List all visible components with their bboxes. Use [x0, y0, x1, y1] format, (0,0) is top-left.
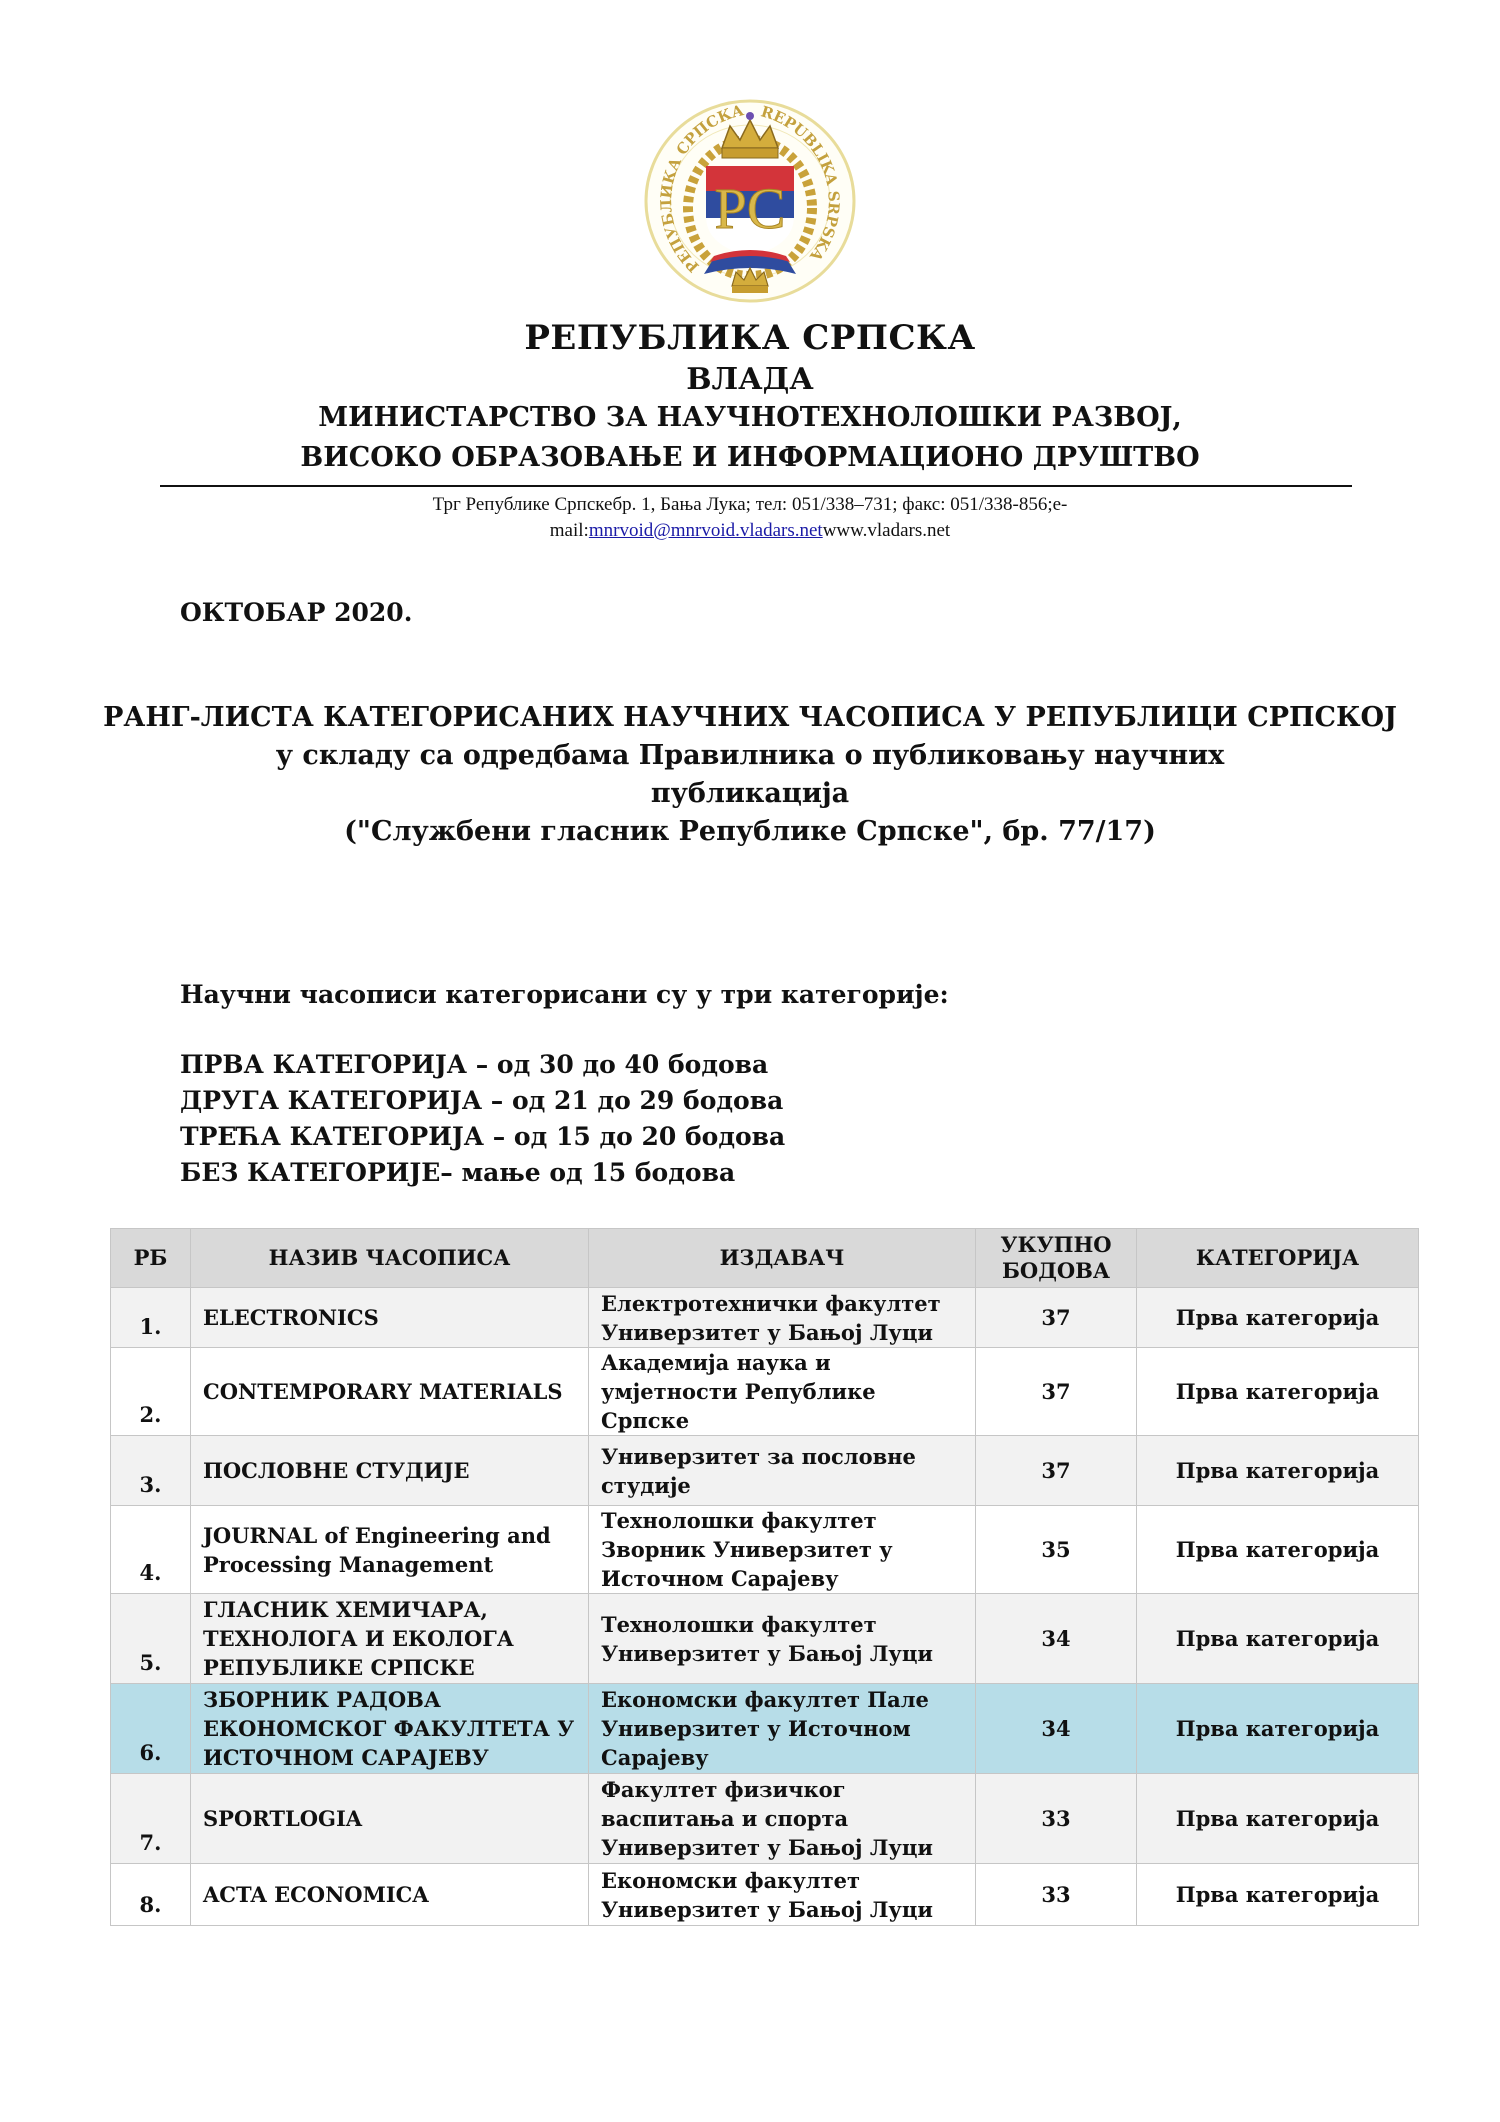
email-link[interactable]: mnrvoid@mnrvoid.vladars.net	[589, 520, 823, 541]
table-row: 6.ЗБОРНИК РАДОВА ЕКОНОМСКОГ ФАКУЛТЕТА У …	[111, 1684, 1419, 1774]
website-text: www.vladars.net	[823, 520, 951, 541]
cell-publisher: Академија наука и умјетности Републике С…	[589, 1348, 976, 1436]
cell-points: 37	[976, 1288, 1137, 1348]
cell-publisher: Факултет физичког васпитања и спорта Уни…	[589, 1774, 976, 1864]
cell-journal-name: ACTA ECONOMICA	[191, 1864, 589, 1926]
column-header-rb: РБ	[111, 1229, 191, 1288]
table-row: 8.ACTA ECONOMICAЕкономски факултет Униве…	[111, 1864, 1419, 1926]
cell-journal-name: ЗБОРНИК РАДОВА ЕКОНОМСКОГ ФАКУЛТЕТА У ИС…	[191, 1684, 589, 1774]
categories-intro: Научни часописи категорисани су у три ка…	[180, 980, 949, 1009]
cell-category: Прва категорија	[1137, 1288, 1419, 1348]
cell-journal-name: ПОСЛОВНЕ СТУДИЈЕ	[191, 1436, 589, 1506]
cell-rb: 7.	[111, 1774, 191, 1864]
cell-rb: 2.	[111, 1348, 191, 1436]
cell-journal-name: SPORTLOGIA	[191, 1774, 589, 1864]
cell-points: 37	[976, 1436, 1137, 1506]
header-divider	[160, 485, 1352, 487]
category-third: ТРЕЋА КАТЕГОРИЈА – од 15 до 20 бодова	[180, 1122, 785, 1151]
heading-government: ВЛАДА	[0, 362, 1500, 397]
column-header-publisher: ИЗДАВАЧ	[589, 1229, 976, 1288]
cell-category: Прва категорија	[1137, 1594, 1419, 1684]
column-header-category: КАТЕГОРИЈА	[1137, 1229, 1419, 1288]
table-header-row: РБ НАЗИВ ЧАСОПИСА ИЗДАВАЧ УКУПНО БОДОВА …	[111, 1229, 1419, 1288]
heading-ministry-line1: МИНИСТАРСТВО ЗА НАУЧНОТЕХНОЛОШКИ РАЗВОЈ,	[0, 402, 1500, 433]
cell-journal-name: CONTEMPORARY MATERIALS	[191, 1348, 589, 1436]
cell-publisher: Економски факултет Пале Универзитет у Ис…	[589, 1684, 976, 1774]
cell-points: 35	[976, 1506, 1137, 1594]
cell-rb: 3.	[111, 1436, 191, 1506]
cell-publisher: Технолошки факултет Универзитет у Бањој …	[589, 1594, 976, 1684]
cell-points: 33	[976, 1774, 1137, 1864]
points-header-text: УКУПНО БОДОВА	[1000, 1232, 1111, 1283]
journals-table: РБ НАЗИВ ЧАСОПИСА ИЗДАВАЧ УКУПНО БОДОВА …	[110, 1228, 1419, 1926]
cell-rb: 4.	[111, 1506, 191, 1594]
address-line: Трг Републике Српскебр. 1, Бања Лука; те…	[0, 494, 1500, 516]
column-header-name: НАЗИВ ЧАСОПИСА	[191, 1229, 589, 1288]
table-row: 5.ГЛАСНИК ХЕМИЧАРА, ТЕХНОЛОГА И ЕКОЛОГА …	[111, 1594, 1419, 1684]
table-row: 4.JOURNAL of Engineering and Processing …	[111, 1506, 1419, 1594]
cell-rb: 5.	[111, 1594, 191, 1684]
cell-points: 34	[976, 1594, 1137, 1684]
category-second: ДРУГА КАТЕГОРИЈА – од 21 до 29 бодова	[180, 1086, 783, 1115]
cell-journal-name: ГЛАСНИК ХЕМИЧАРА, ТЕХНОЛОГА И ЕКОЛОГА РЕ…	[191, 1594, 589, 1684]
table-row: 1.ELECTRONICSЕлектротехнички факултет Ун…	[111, 1288, 1419, 1348]
column-header-points: УКУПНО БОДОВА	[976, 1229, 1137, 1288]
email-prefix: mail:	[550, 520, 589, 541]
table-row: 7.SPORTLOGIAФакултет физичког васпитања …	[111, 1774, 1419, 1864]
document-subtitle-line1: у складу са одредбама Правилника о публи…	[0, 740, 1500, 771]
cell-rb: 1.	[111, 1288, 191, 1348]
cell-category: Прва категорија	[1137, 1348, 1419, 1436]
contact-line: mail:mnrvoid@mnrvoid.vladars.netwww.vlad…	[0, 520, 1500, 542]
heading-ministry-line2: ВИСОКО ОБРАЗОВАЊЕ И ИНФОРМАЦИОНО ДРУШТВО	[0, 442, 1500, 473]
cell-publisher: Економски факултет Универзитет у Бањој Л…	[589, 1864, 976, 1926]
cell-rb: 6.	[111, 1684, 191, 1774]
cell-category: Прва категорија	[1137, 1684, 1419, 1774]
table-row: 2.CONTEMPORARY MATERIALSАкадемија наука …	[111, 1348, 1419, 1436]
cell-publisher: Универзитет за пословне студије	[589, 1436, 976, 1506]
cell-points: 33	[976, 1864, 1137, 1926]
category-none: БЕЗ КАТЕГОРИЈЕ– мање од 15 бодова	[180, 1158, 735, 1187]
document-subtitle-line2: публикација	[0, 778, 1500, 809]
heading-republic: РЕПУБЛИКА СРПСКА	[0, 318, 1500, 358]
cell-category: Прва категорија	[1137, 1774, 1419, 1864]
coat-of-arms-emblem-icon: PC РЕПУБЛИКА СРПСКА REPUBLIKA SRPSKA	[640, 96, 860, 306]
cell-points: 34	[976, 1684, 1137, 1774]
cell-rb: 8.	[111, 1864, 191, 1926]
document-title: РАНГ-ЛИСТА КАТЕГОРИСАНИХ НАУЧНИХ ЧАСОПИС…	[0, 702, 1500, 733]
cell-category: Прва категорија	[1137, 1864, 1419, 1926]
cell-category: Прва категорија	[1137, 1436, 1419, 1506]
cell-journal-name: ELECTRONICS	[191, 1288, 589, 1348]
cell-publisher: Електротехнички факултет Универзитет у Б…	[589, 1288, 976, 1348]
cell-points: 37	[976, 1348, 1137, 1436]
svg-text:PC: PC	[715, 176, 786, 241]
category-first: ПРВА КАТЕГОРИЈА – од 30 до 40 бодова	[180, 1050, 768, 1079]
document-date: ОКТОБАР 2020.	[180, 598, 412, 627]
cell-journal-name: JOURNAL of Engineering and Processing Ma…	[191, 1506, 589, 1594]
document-subtitle-gazette: ("Службени гласник Републике Српске", бр…	[0, 816, 1500, 847]
table-row: 3.ПОСЛОВНЕ СТУДИЈЕУниверзитет за пословн…	[111, 1436, 1419, 1506]
cell-publisher: Технолошки факултет Зворник Универзитет …	[589, 1506, 976, 1594]
cell-category: Прва категорија	[1137, 1506, 1419, 1594]
